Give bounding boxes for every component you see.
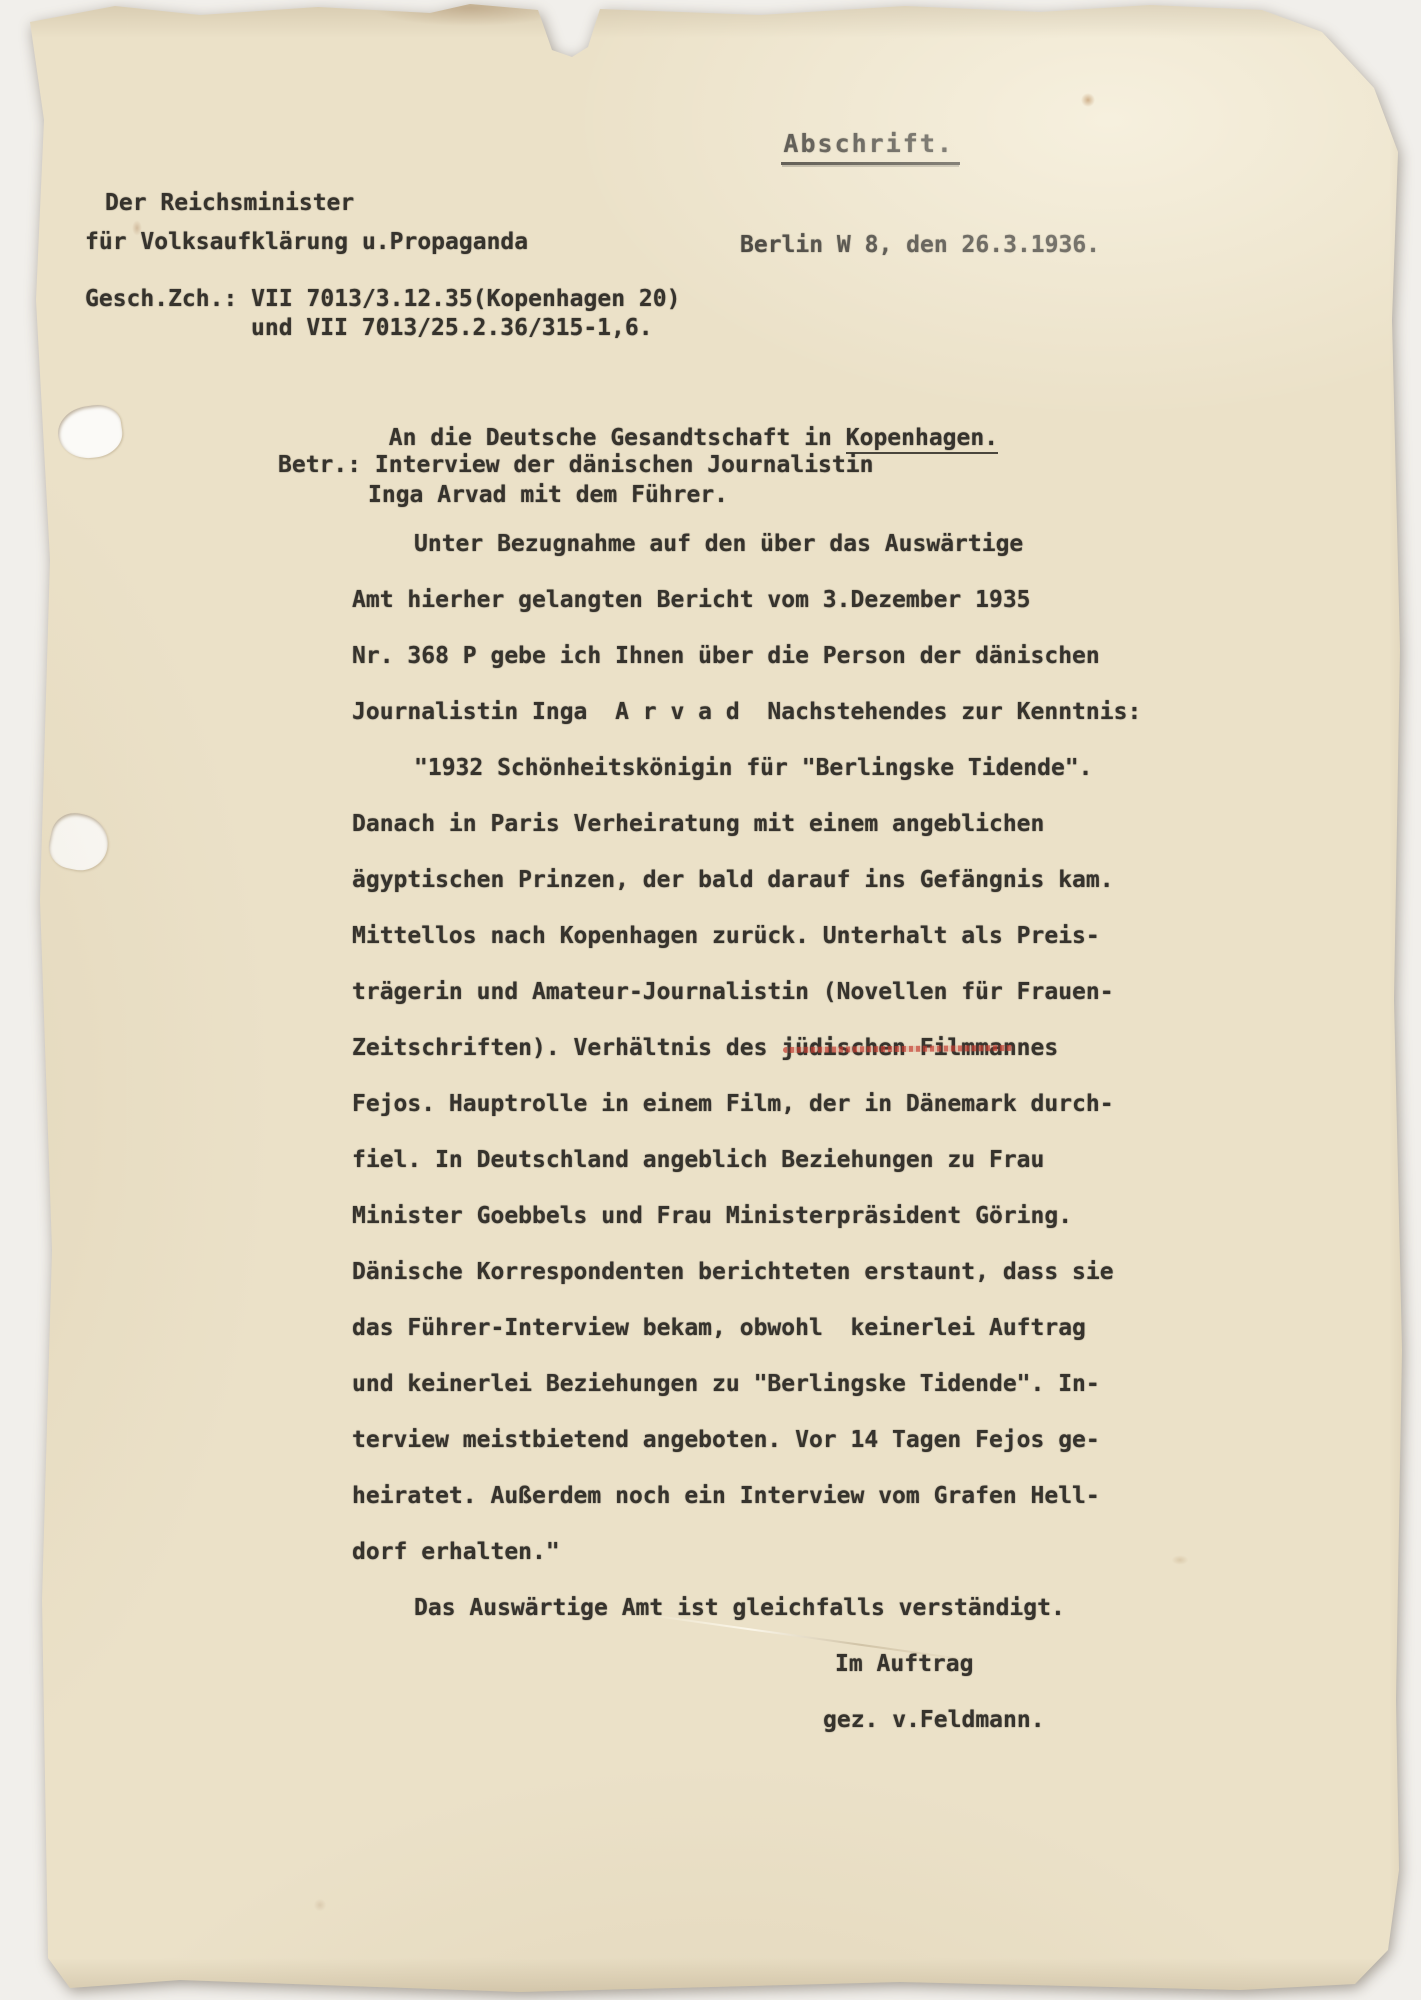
document-page: Abschrift. Der Reichsminister für Volksa… — [0, 0, 1421, 2000]
body-line: Danach in Paris Verheiratung mit einem a… — [352, 796, 1252, 852]
body-line: fiel. In Deutschland angeblich Beziehung… — [352, 1132, 1252, 1188]
scan-backdrop: Abschrift. Der Reichsminister für Volksa… — [0, 0, 1421, 2000]
body-line: terview meistbietend angeboten. Vor 14 T… — [352, 1412, 1252, 1468]
body-line: "1932 Schönheitskönigin für "Berlingske … — [352, 740, 1252, 796]
body-line: trägerin und Amateur-Journalistin (Novel… — [352, 964, 1252, 1020]
body-line: heiratet. Außerdem noch ein Interview vo… — [352, 1468, 1252, 1524]
sender-line-2: für Volksaufklärung u.Propaganda — [85, 229, 528, 255]
body-line: das Führer-Interview bekam, obwohl keine… — [352, 1300, 1252, 1356]
marked-line-pre: Zeitschriften). Verhältnis des — [352, 1035, 781, 1061]
body-line: Amt hierher gelangten Bericht vom 3.Deze… — [352, 572, 1252, 628]
letter-body: Unter Bezugnahme auf den über das Auswär… — [352, 516, 1252, 1748]
torn-hole — [55, 402, 126, 462]
body-line: Journalistin Inga A r v a d Nachstehende… — [352, 684, 1252, 740]
recipient-city: Kopenhagen. — [846, 425, 998, 454]
subject-line-1: Betr.: Interview der dänischen Journalis… — [278, 452, 873, 478]
reference-line-2: und VII 7013/25.2.36/315-1,6. — [251, 315, 653, 341]
dateline: Berlin W 8, den 26.3.1936. — [740, 232, 1100, 258]
closing-line: Das Auswärtige Amt ist gleichfalls verst… — [352, 1580, 1252, 1636]
body-line: Minister Goebbels und Frau Ministerpräsi… — [352, 1188, 1252, 1244]
red-marked-word: jüdischen — [781, 1035, 906, 1061]
body-line: dorf erhalten." — [352, 1524, 1252, 1580]
document-title-text: Abschrift. — [781, 129, 960, 162]
subject-line-2: Inga Arvad mit dem Führer. — [368, 482, 728, 508]
body-line: und keinerlei Beziehungen zu "Berlingske… — [352, 1356, 1252, 1412]
body-line: Fejos. Hauptrolle in einem Film, der in … — [352, 1076, 1252, 1132]
reference-line-1: Gesch.Zch.: VII 7013/3.12.35(Kopenhagen … — [85, 286, 680, 312]
body-line: ägyptischen Prinzen, der bald darauf ins… — [352, 852, 1252, 908]
torn-hole — [45, 809, 113, 876]
body-line: Nr. 368 P gebe ich Ihnen über die Person… — [352, 628, 1252, 684]
document-title: Abschrift. — [645, 100, 960, 191]
body-line: Mittellos nach Kopenhagen zurück. Unterh… — [352, 908, 1252, 964]
body-line: Dänische Korrespondenten berichteten ers… — [352, 1244, 1252, 1300]
body-line: Unter Bezugnahme auf den über das Auswär… — [352, 516, 1252, 572]
document-page-wrap: Abschrift. Der Reichsminister für Volksa… — [0, 0, 1421, 2000]
sender-line-1: Der Reichsminister — [105, 190, 354, 216]
recipient-prefix: An die Deutsche Gesandtschaft in — [389, 425, 846, 451]
signoff-line-2: gez. v.Feldmann. — [352, 1692, 1252, 1748]
signoff-line-1: Im Auftrag — [352, 1636, 1252, 1692]
body-line-with-red-mark: Zeitschriften). Verhältnis des jüdischen… — [352, 1020, 1252, 1076]
